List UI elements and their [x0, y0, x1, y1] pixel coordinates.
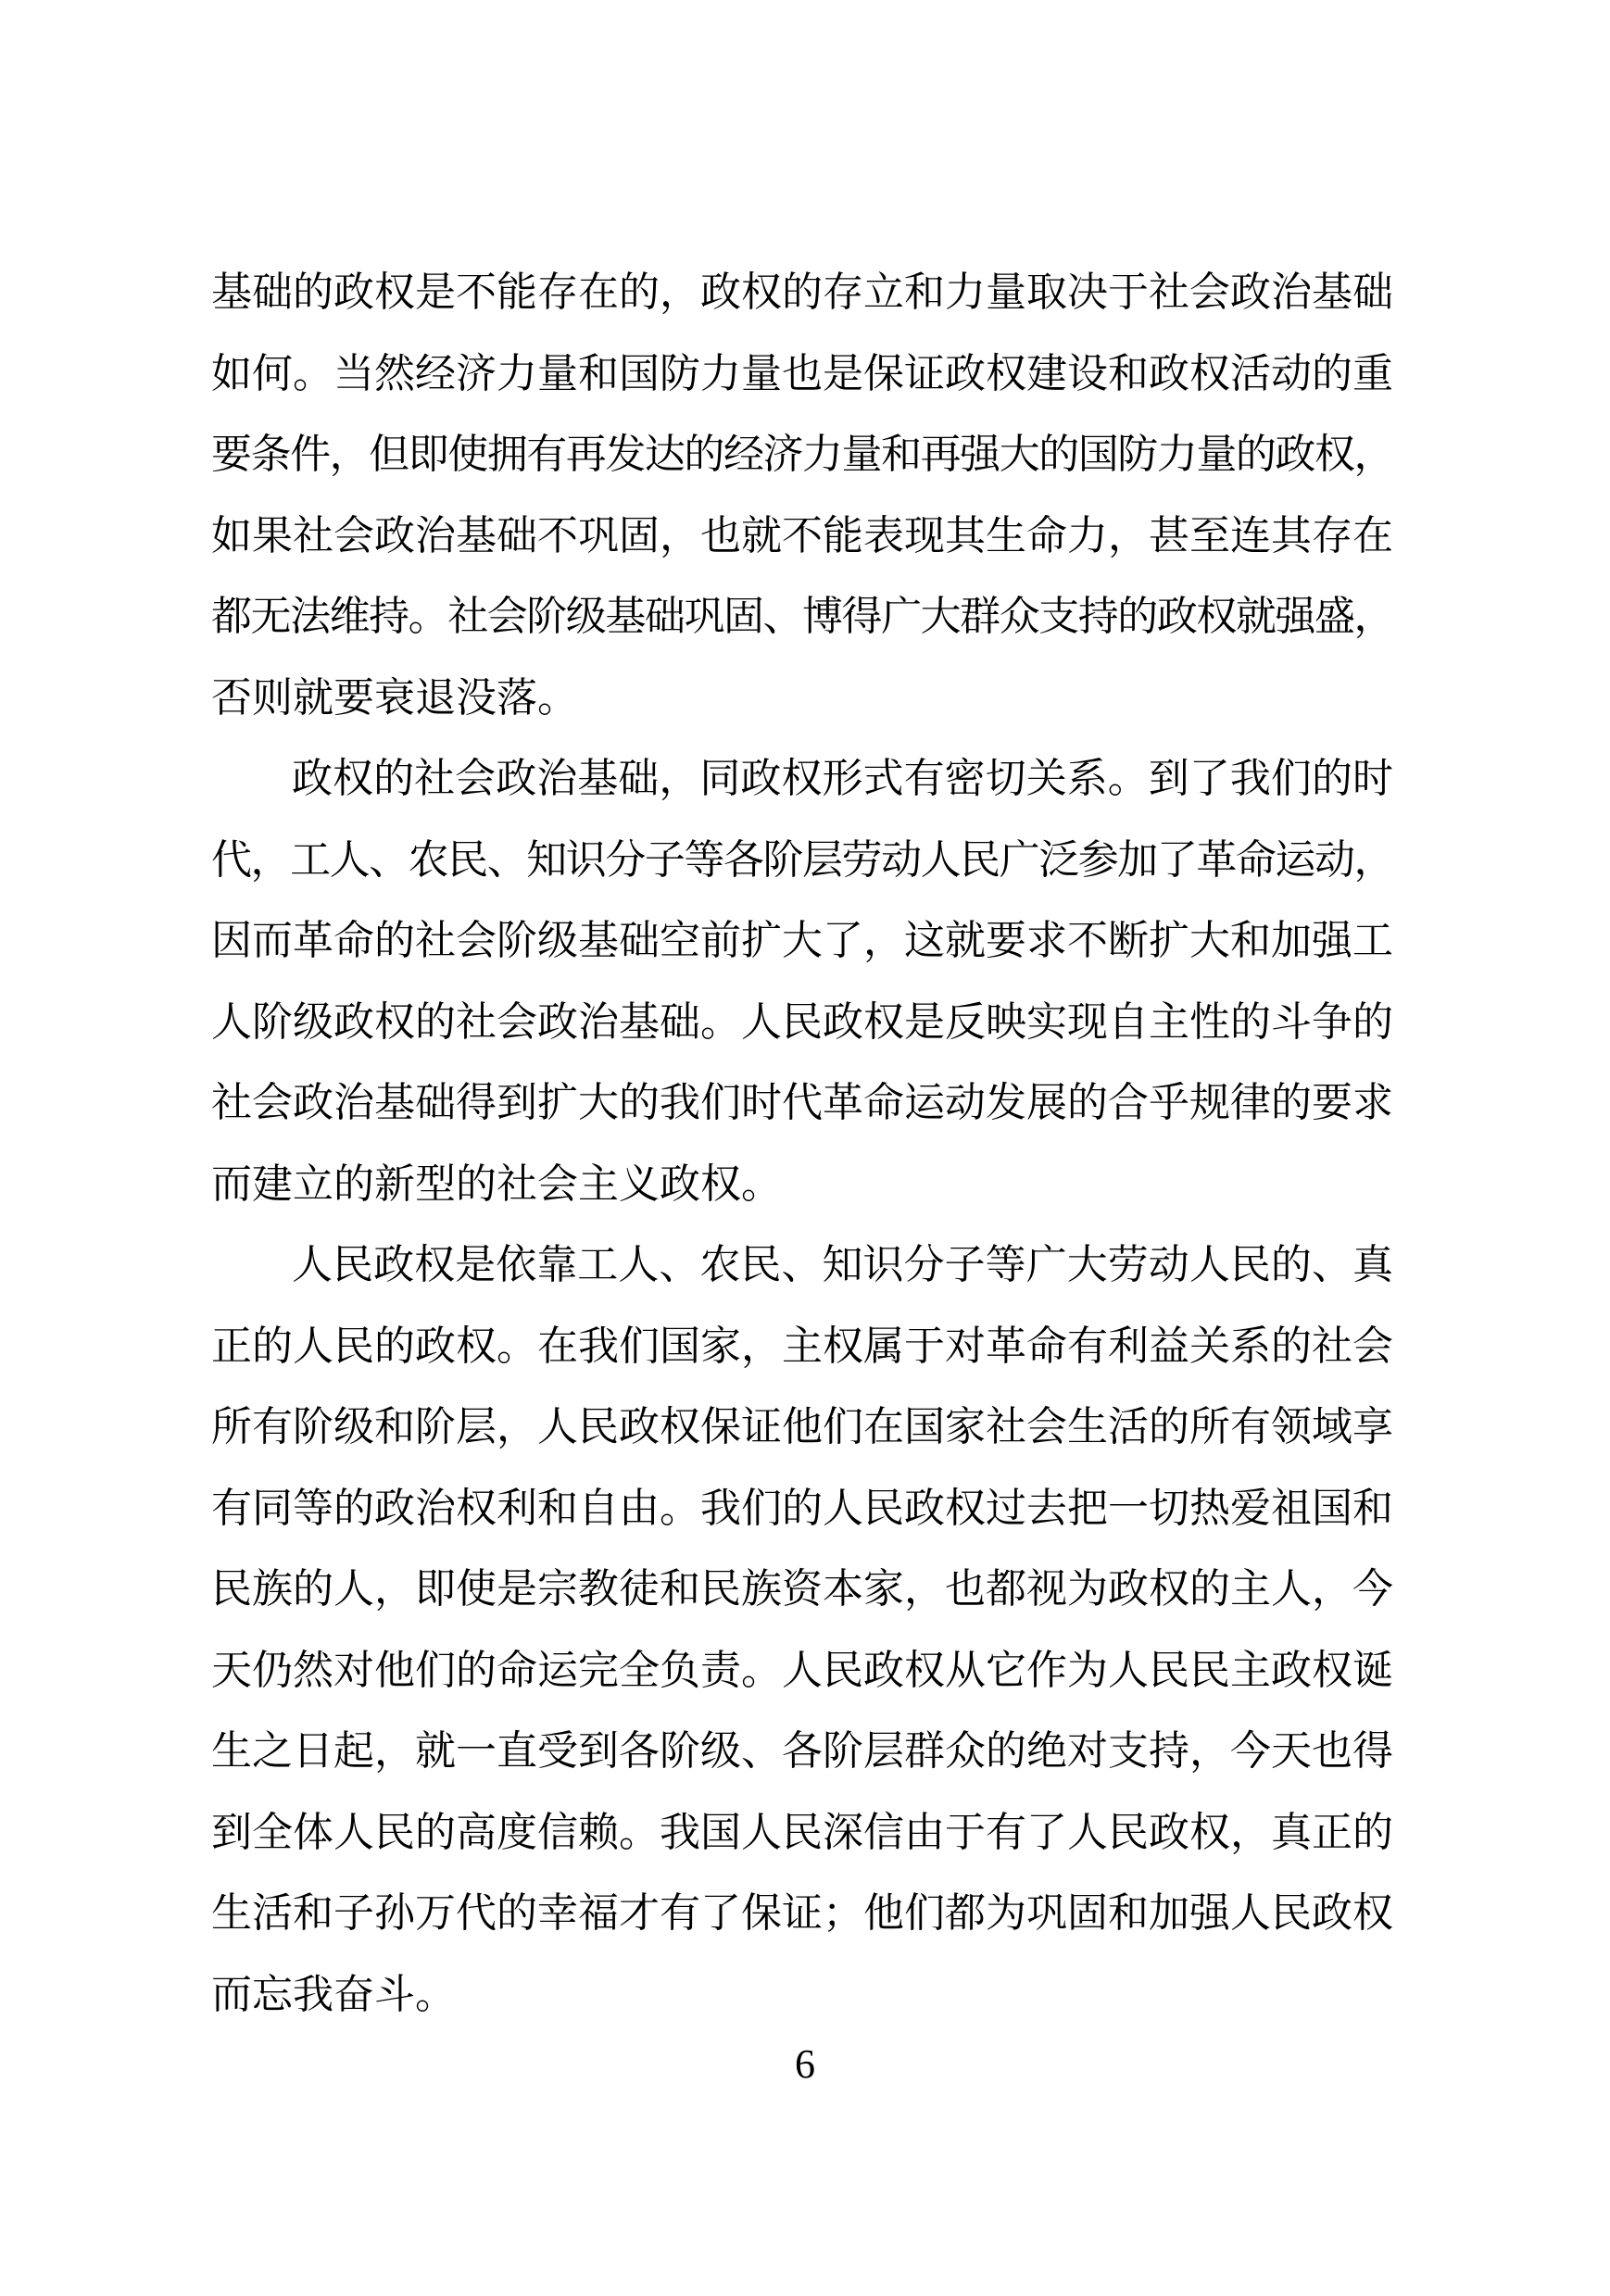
- text-line: 因而革命的社会阶级基础空前扩大了，这就要求不断扩大和加强工: [211, 900, 1393, 982]
- text-line: 天仍然对他们的命运完全负责。人民政权从它作为人民民主政权诞: [211, 1630, 1393, 1712]
- text-line: 生活和子孙万代的幸福才有了保证；他们都为巩固和加强人民政权: [211, 1873, 1393, 1954]
- text-line: 都无法维持。社会阶级基础巩固、博得广大群众支持的政权就强盛，: [211, 576, 1393, 658]
- document-page: 基础的政权是不能存在的，政权的存立和力量取决于社会政治基础如何。当然经济力量和国…: [0, 0, 1610, 2296]
- text-line: 政权的社会政治基础，同政权形式有密切关系。到了我们的时: [211, 738, 1393, 820]
- page-number: 6: [0, 2024, 1610, 2105]
- text-line: 社会政治基础得到扩大的我们时代革命运动发展的合乎规律的要求: [211, 1062, 1393, 1144]
- text-line: 生之日起，就一直受到各阶级、各阶层群众的绝对支持，今天也得: [211, 1711, 1393, 1792]
- text-line: 有同等的政治权利和自由。我们的人民政权过去把一切热爱祖国和: [211, 1468, 1393, 1549]
- paragraph: 基础的政权是不能存在的，政权的存立和力量取决于社会政治基础如何。当然经济力量和国…: [211, 252, 1393, 738]
- paragraph: 政权的社会政治基础，同政权形式有密切关系。到了我们的时代，工人、农民、知识分子等…: [211, 738, 1393, 1224]
- text-line: 代，工人、农民、知识分子等各阶层劳动人民广泛参加了革命运动，: [211, 820, 1393, 901]
- text-line: 而忘我奋斗。: [211, 1954, 1393, 2036]
- text-line: 如果社会政治基础不巩固，也就不能表现其生命力，甚至连其存在: [211, 496, 1393, 577]
- text-line: 民族的人，即使是宗教徒和民族资本家，也都视为政权的主人，今: [211, 1549, 1393, 1630]
- body-text: 基础的政权是不能存在的，政权的存立和力量取决于社会政治基础如何。当然经济力量和国…: [211, 252, 1393, 2035]
- text-line: 所有阶级和阶层，人民政权保证他们在国家社会生活的所有领域享: [211, 1386, 1393, 1468]
- text-line: 人阶级政权的社会政治基础。人民政权是反映实现自主性的斗争的: [211, 982, 1393, 1063]
- text-line: 而建立的新型的社会主义政权。: [211, 1144, 1393, 1225]
- text-line: 人民政权是依靠工人、农民、知识分子等广大劳动人民的、真: [211, 1224, 1393, 1306]
- text-line: 基础的政权是不能存在的，政权的存立和力量取决于社会政治基础: [211, 252, 1393, 333]
- text-line: 正的人民的政权。在我们国家，主权属于对革命有利益关系的社会: [211, 1306, 1393, 1387]
- paragraph: 人民政权是依靠工人、农民、知识分子等广大劳动人民的、真正的人民的政权。在我们国家…: [211, 1224, 1393, 2035]
- text-line: 如何。当然经济力量和国防力量也是保证政权建设和政权活动的重: [211, 333, 1393, 415]
- text-line: 到全体人民的高度信赖。我国人民深信由于有了人民政权，真正的: [211, 1792, 1393, 1874]
- text-line: 要条件，但即使拥有再发达的经济力量和再强大的国防力量的政权，: [211, 414, 1393, 496]
- text-line: 否则就要衰退没落。: [211, 658, 1393, 739]
